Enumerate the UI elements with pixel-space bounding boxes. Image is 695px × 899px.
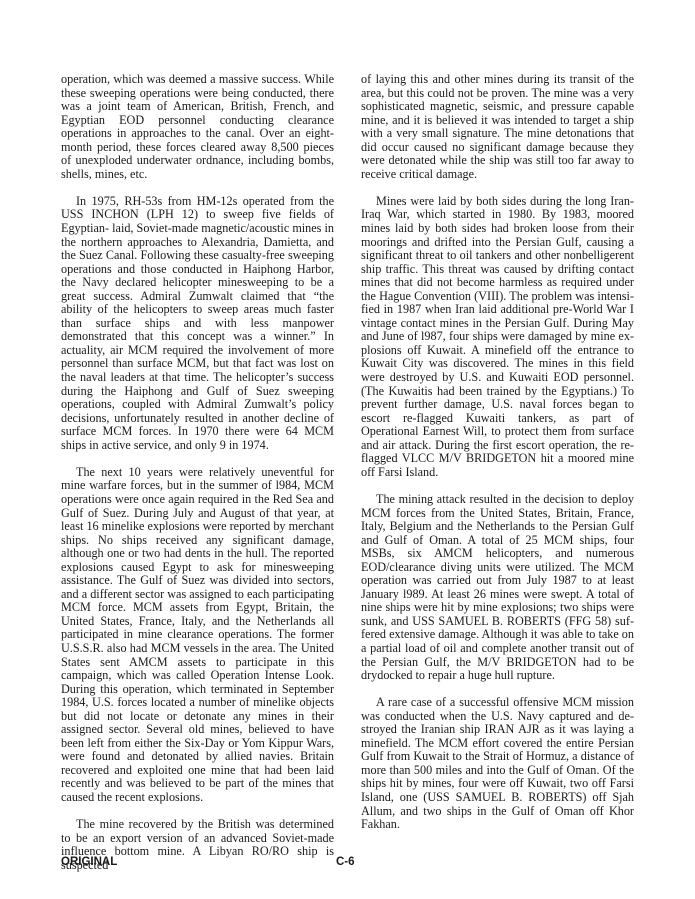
footer-original-label: ORIGINAL [61, 856, 117, 868]
page-number: C-6 [336, 856, 355, 868]
paragraph: Mines were laid by both sides during the… [361, 195, 634, 479]
paragraph: The mining attack resulted in the decisi… [361, 493, 634, 683]
paragraph: of laying this and other mines during it… [361, 73, 634, 181]
paragraph: The next 10 years were relatively uneven… [61, 466, 334, 805]
paragraph: A rare case of a successful offensive MC… [361, 696, 634, 831]
document-page: operation, which was deemed a massive su… [0, 0, 695, 899]
paragraph: operation, which was deemed a massive su… [61, 73, 334, 181]
right-column: of laying this and other mines during it… [361, 73, 634, 845]
left-column: operation, which was deemed a massive su… [61, 73, 334, 886]
paragraph: In 1975, RH-53s from HM-12s operated fro… [61, 195, 334, 452]
